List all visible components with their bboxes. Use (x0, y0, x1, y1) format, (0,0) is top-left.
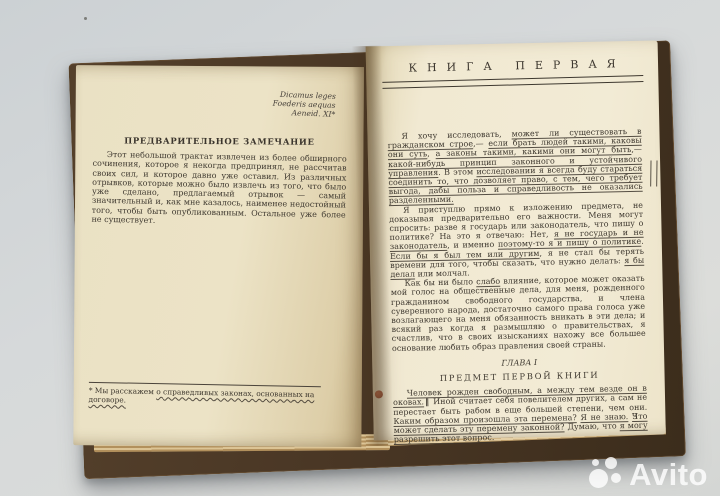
text-segment: . (641, 237, 644, 246)
chapter-heading: ГЛАВА I (392, 356, 646, 371)
double-rule (382, 75, 643, 88)
left-page: Dicamus leges Foederis aequas Aeneid. XI… (73, 65, 364, 447)
right-page-body: Я хочу исследовать, может ли существоват… (387, 127, 647, 445)
paragraph: Человек рожден свободным, а между тем ве… (393, 384, 648, 445)
text-segment: , (427, 149, 436, 158)
logo-dot (592, 459, 599, 466)
avito-watermark: Avito (589, 456, 708, 490)
book-title-header: КНИГА ПЕРВАЯ (366, 56, 658, 75)
watermark-text: Avito (629, 459, 708, 490)
stain-spot (375, 390, 383, 398)
open-book: Dicamus leges Foederis aequas Aeneid. XI… (39, 22, 701, 482)
photo-background: Dicamus leges Foederis aequas Aeneid. XI… (0, 0, 720, 496)
logo-dot (611, 473, 621, 483)
text-segment: Думаю, что (564, 421, 619, 431)
pencil-margin-mark-icon (650, 160, 657, 186)
paragraph: Я приступлю прямо к изложению предмета, … (389, 200, 644, 279)
right-page: КНИГА ПЕРВАЯ Я хочу исследовать, может л… (366, 40, 666, 440)
page-number: 3 (632, 412, 637, 421)
left-page-paragraph: Этот небольшой трактат извлечен из более… (91, 150, 346, 229)
epigraph-line: Aeneid. XI* (272, 108, 335, 119)
logo-dot (589, 469, 608, 488)
paragraph: Я хочу исследовать, может ли существоват… (387, 127, 642, 206)
paragraph: Как бы ни было слабо влияние, которое мо… (390, 274, 645, 353)
section-heading: ПРЕДВАРИТЕЛЬНОЕ ЗАМЕЧАНИЕ (75, 135, 363, 147)
logo-dot (605, 457, 617, 469)
dust-speck (84, 17, 87, 20)
footnote: * Мы расскажем о справедливых законах, о… (88, 382, 320, 408)
text-segment: Этот небольшой трактат извлечен из более… (91, 150, 346, 225)
avito-logo-icon (589, 456, 623, 490)
epigraph: Dicamus leges Foederis aequas Aeneid. XI… (272, 90, 336, 119)
text-segment: ,— (631, 145, 642, 154)
text-segment: ,— (473, 139, 489, 148)
underlined-text: слабо (476, 277, 500, 287)
chapter-title: ПРЕДМЕТ ПЕРВОЙ КНИГИ (393, 370, 647, 385)
